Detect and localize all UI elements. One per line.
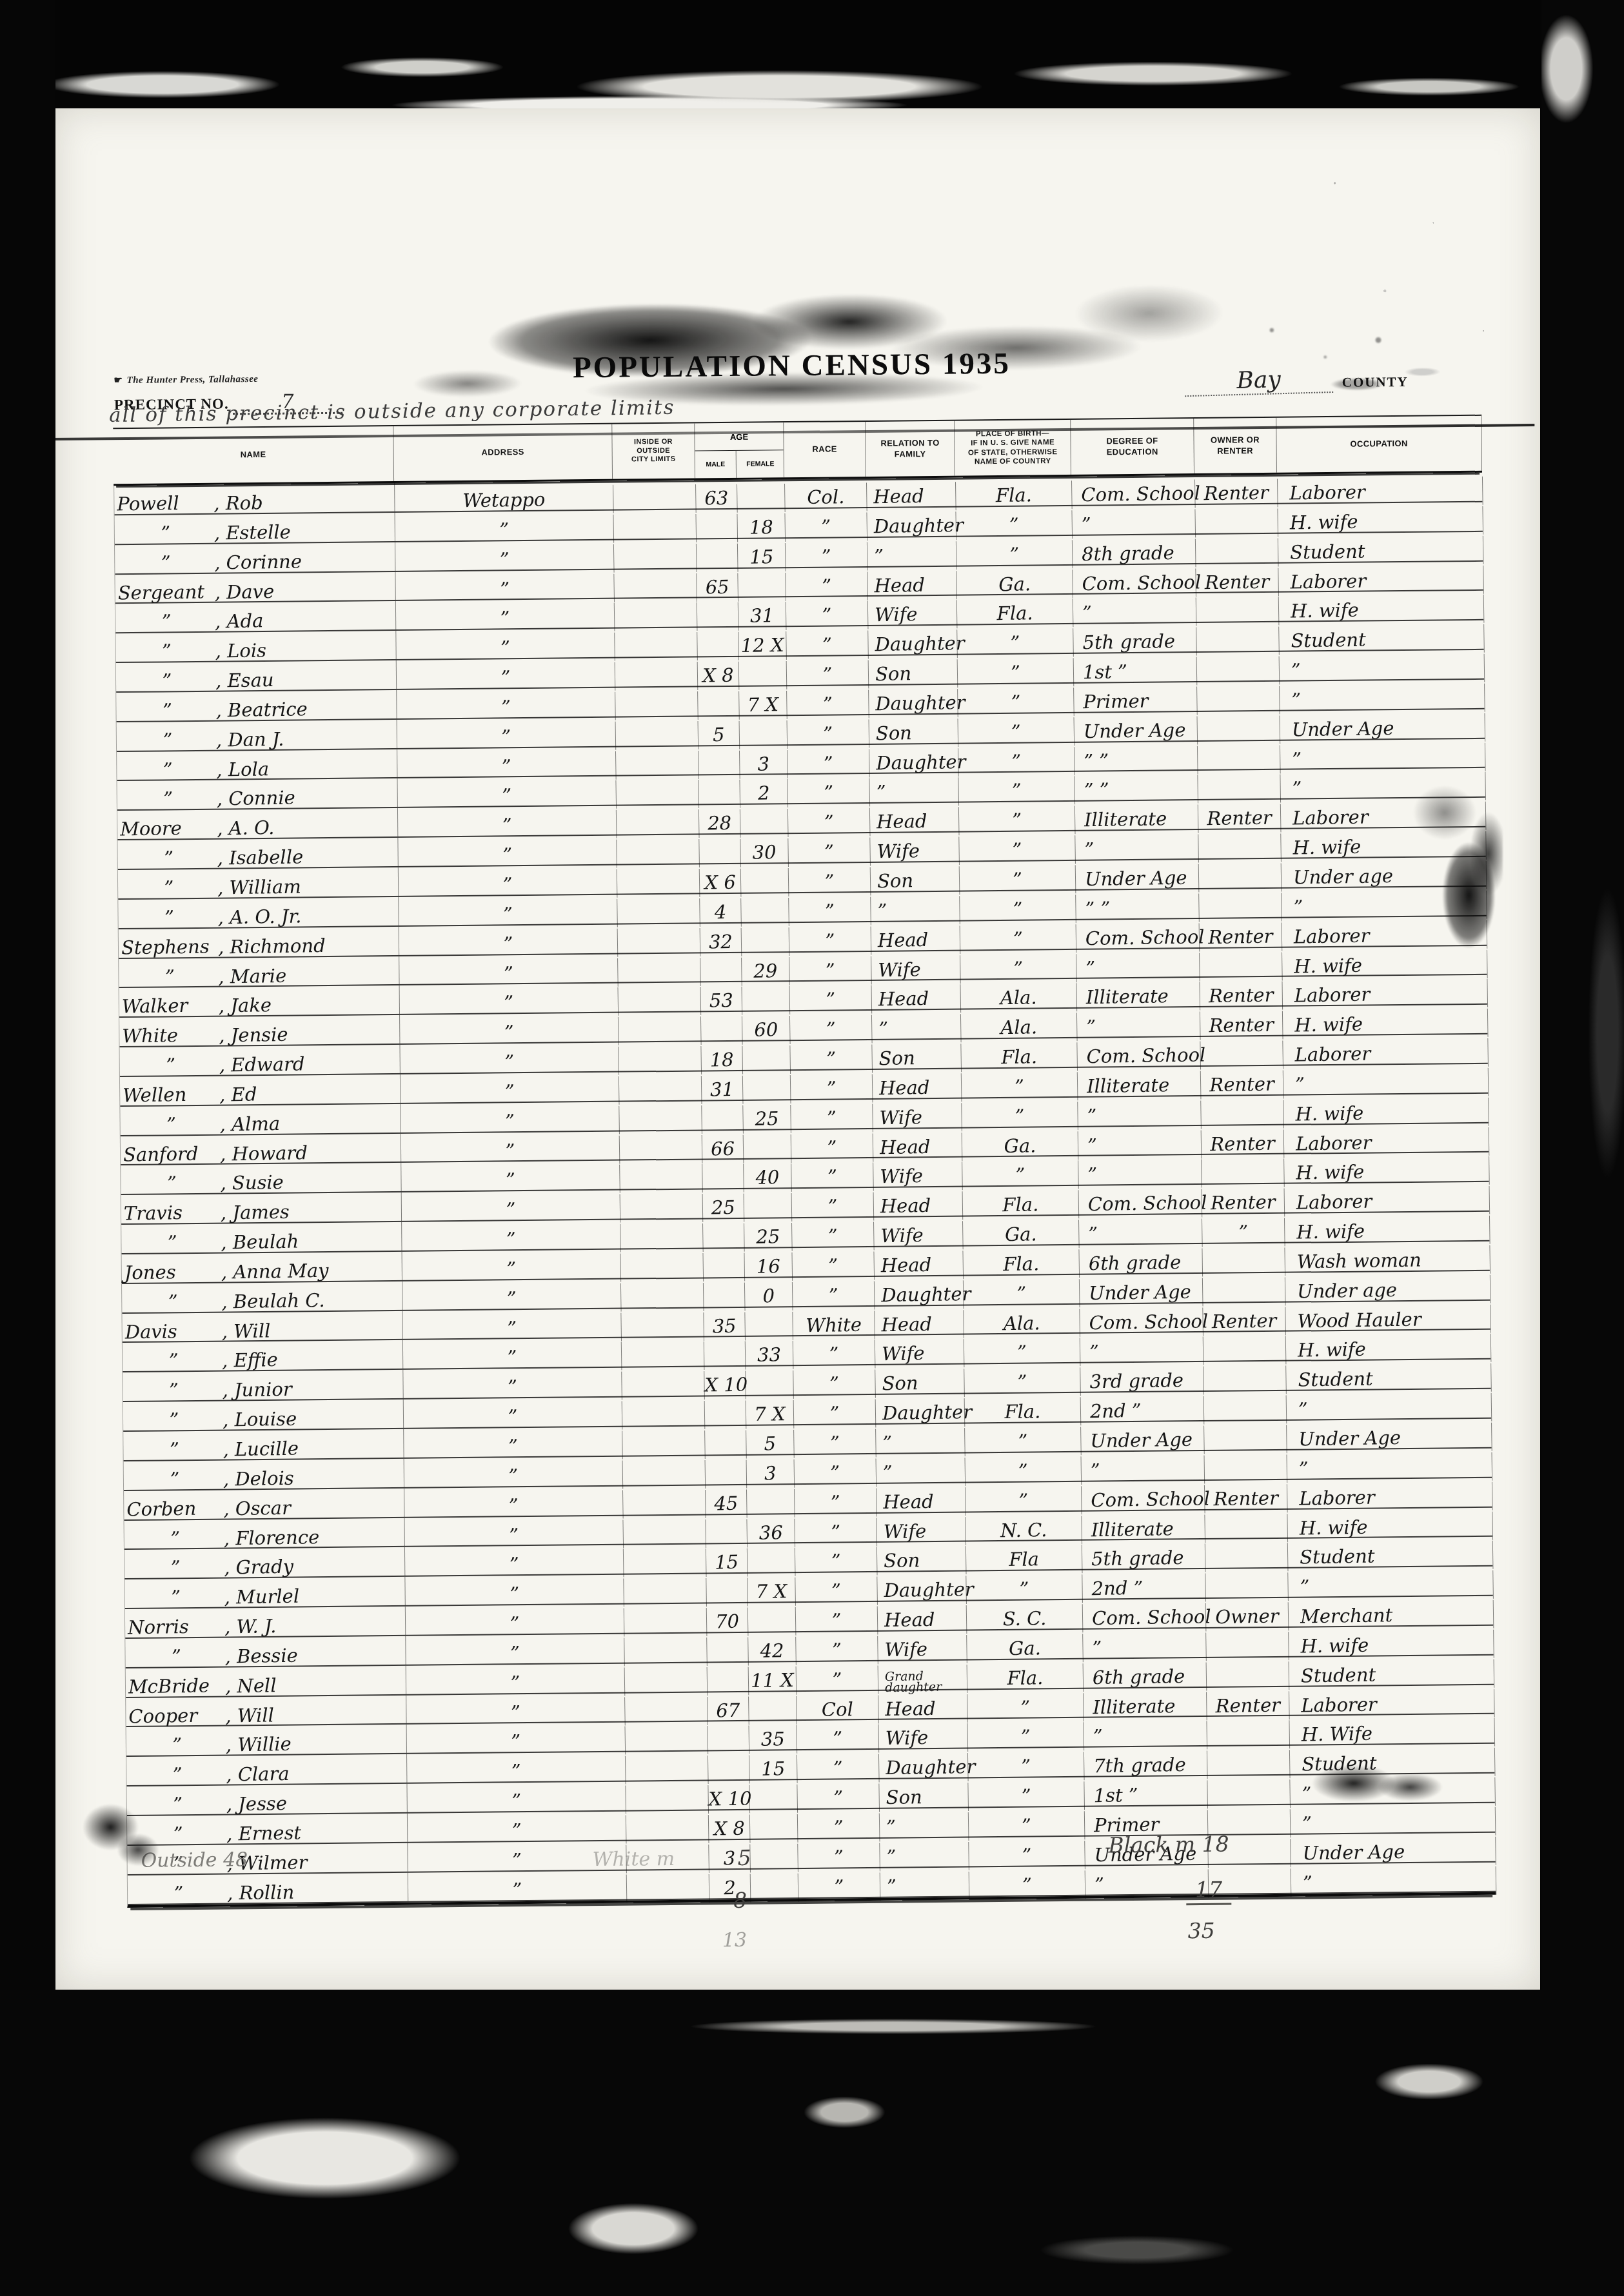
cell-name: ” , William xyxy=(118,867,399,898)
cell-birthplace: Ga. xyxy=(956,569,1073,600)
cell-name: ” , Effie xyxy=(123,1340,403,1371)
cell-name: ” , Connie xyxy=(117,778,398,809)
cell-education: Com. School xyxy=(1077,1041,1201,1071)
cell-education: ” xyxy=(1073,598,1197,628)
tally-white-total: 13 xyxy=(722,1929,748,1952)
cell-owner-renter xyxy=(1197,656,1280,686)
cell-owner-renter: Renter xyxy=(1196,568,1279,597)
cell-name: ” , Grady xyxy=(124,1547,405,1578)
cell-birthplace: Ga. xyxy=(963,1220,1080,1250)
cell-address: ” xyxy=(402,1194,621,1226)
cell-age-male: 70 xyxy=(707,1608,749,1637)
cell-name: ” , Edward xyxy=(119,1045,400,1076)
cell-address: ” xyxy=(399,869,618,901)
cell-name: Travis , James xyxy=(121,1193,402,1223)
cell-owner-renter xyxy=(1198,715,1281,745)
cell-address: ” xyxy=(399,928,619,960)
cell-birthplace: ” xyxy=(959,835,1076,866)
cell-age-male xyxy=(702,1164,744,1193)
cell-age-male xyxy=(703,1253,745,1282)
cell-city-limits xyxy=(620,1135,703,1165)
cell-education: ” xyxy=(1072,509,1196,539)
cell-city-limits xyxy=(625,1697,708,1727)
cell-birthplace: ” xyxy=(965,1427,1082,1457)
cell-age-female: 25 xyxy=(744,1223,793,1252)
cell-address: Wetappo xyxy=(395,485,614,517)
cell-relation: Wife xyxy=(871,955,961,985)
cell-owner-renter xyxy=(1207,1661,1290,1691)
cell-age-male: X 8 xyxy=(698,662,740,691)
cell-race: Col. xyxy=(785,483,867,513)
cell-city-limits xyxy=(615,602,698,632)
cell-address: ” xyxy=(400,987,619,1019)
cell-relation: Daughter xyxy=(867,511,956,541)
cell-age-female xyxy=(744,1193,793,1222)
cell-address: ” xyxy=(402,1283,622,1314)
cell-birthplace: ” xyxy=(958,658,1074,688)
cell-city-limits xyxy=(617,809,700,839)
cell-age-female: 40 xyxy=(744,1163,792,1193)
cell-education: 6th grade xyxy=(1084,1662,1207,1692)
cell-race: ” xyxy=(795,1458,877,1488)
cell-age-female xyxy=(738,572,786,601)
cell-owner-renter xyxy=(1206,1632,1289,1661)
cell-age-male xyxy=(704,1341,746,1371)
cell-address: ” xyxy=(397,751,617,782)
cell-owner-renter xyxy=(1199,863,1282,893)
cell-name: Cooper , Will xyxy=(126,1695,406,1726)
cell-education: ” xyxy=(1084,1721,1207,1752)
cell-address: ” xyxy=(397,721,617,753)
cell-birthplace: ” xyxy=(969,1870,1086,1901)
cell-address: ” xyxy=(401,1135,620,1167)
cell-age-female xyxy=(744,1134,792,1163)
cell-age-female xyxy=(748,1607,797,1636)
cell-education: Illiterate xyxy=(1075,805,1199,835)
cell-occupation: ” xyxy=(1291,1866,1497,1897)
cell-relation: Daughter xyxy=(877,1576,967,1605)
cell-relation: Daughter xyxy=(869,748,959,778)
cell-birthplace: ” xyxy=(958,717,1075,747)
cell-owner-renter: Renter xyxy=(1207,1691,1290,1721)
census-table: NAME ADDRESS INSIDE OR OUTSIDE CITY LIMI… xyxy=(113,415,1496,1908)
cell-owner-renter xyxy=(1197,686,1280,715)
cell-age-male: 5 xyxy=(698,720,740,749)
cell-occupation: H. wife xyxy=(1285,1216,1490,1247)
cell-age-female xyxy=(740,809,789,838)
cell-owner-renter xyxy=(1199,893,1282,922)
cell-address: ” xyxy=(398,840,617,871)
cell-occupation: H. wife xyxy=(1278,506,1483,538)
cell-address: ” xyxy=(399,958,619,989)
cell-age-male: 67 xyxy=(708,1696,749,1725)
cell-occupation: H. wife xyxy=(1287,1511,1493,1543)
cell-city-limits xyxy=(622,1371,705,1401)
cell-age-male: X 8 xyxy=(709,1815,751,1844)
cell-age-male: 31 xyxy=(702,1076,744,1105)
cell-education: Primer xyxy=(1074,686,1198,717)
cell-occupation: Laborer xyxy=(1282,979,1488,1011)
cell-name: Moore , A. O. xyxy=(117,808,398,839)
cell-race: ” xyxy=(789,926,872,956)
cell-age-male xyxy=(706,1519,748,1548)
cell-age-male: 65 xyxy=(697,573,738,602)
cell-address: ” xyxy=(403,1372,622,1403)
census-scan: ☛The Hunter Press, Tallahassee POPULATIO… xyxy=(0,0,1624,2296)
cell-race: ” xyxy=(791,1133,874,1163)
cell-age-female: 18 xyxy=(737,513,786,542)
cell-race: ” xyxy=(793,1370,876,1400)
col-header-occupation: OCCUPATION xyxy=(1276,416,1482,473)
cell-race: ” xyxy=(786,542,868,571)
cell-age-female: 3 xyxy=(747,1460,795,1489)
cell-owner-renter xyxy=(1198,745,1281,775)
cell-relation: Daughter xyxy=(876,1398,965,1428)
cell-race: ” xyxy=(787,660,869,690)
cell-name: ” , Corinne xyxy=(115,542,395,573)
cell-relation: Wife xyxy=(878,1724,968,1754)
cell-race: ” xyxy=(795,1547,878,1577)
cell-birthplace: Fla. xyxy=(963,1249,1080,1280)
cell-name: ” , Ada xyxy=(115,601,396,632)
cell-race: ” xyxy=(795,1488,877,1518)
cell-city-limits xyxy=(616,751,699,780)
cell-address: ” xyxy=(401,1105,620,1137)
cell-owner-renter: Renter xyxy=(1203,1307,1286,1336)
cell-owner-renter xyxy=(1207,1750,1291,1780)
cell-race: ” xyxy=(789,956,872,985)
cell-city-limits xyxy=(617,839,700,869)
cell-occupation: Under Age xyxy=(1291,1837,1496,1868)
cell-race: ” xyxy=(793,1281,875,1311)
cell-occupation: ” xyxy=(1280,684,1485,715)
cell-birthplace: ” xyxy=(960,865,1076,895)
census-sheet: ☛The Hunter Press, Tallahassee POPULATIO… xyxy=(55,108,1540,1990)
cell-age-female xyxy=(743,1075,791,1104)
cell-race: ” xyxy=(797,1665,879,1695)
cell-relation: ” xyxy=(872,1014,962,1044)
cell-address: ” xyxy=(401,1076,620,1108)
cell-education: Under Age xyxy=(1074,716,1198,746)
cell-name: ” , Dan J. xyxy=(117,720,397,751)
cell-name: Norris , W. J. xyxy=(125,1607,406,1638)
cell-occupation: Student xyxy=(1286,1363,1492,1395)
cell-education: Com. School xyxy=(1082,1485,1205,1515)
cell-age-male: 66 xyxy=(702,1134,744,1163)
cell-address: ” xyxy=(395,573,615,605)
cell-name: ” , Beulah xyxy=(121,1222,402,1253)
cell-birthplace: Ala. xyxy=(960,984,1077,1014)
cell-relation: Wife xyxy=(870,836,960,866)
cell-name: ” , Lola xyxy=(117,749,397,780)
cell-education: Com. School xyxy=(1076,923,1200,953)
cell-relation: Son xyxy=(871,866,960,896)
cell-age-male xyxy=(698,780,740,809)
cell-age-female: 11 X xyxy=(749,1667,797,1696)
cell-race: ” xyxy=(792,1193,875,1222)
cell-address: ” xyxy=(402,1224,621,1256)
cell-name: ” , Louise xyxy=(123,1400,404,1430)
cell-city-limits xyxy=(624,1638,708,1667)
cell-race: ” xyxy=(789,896,871,926)
cell-race: ” xyxy=(797,1784,880,1814)
cell-age-female xyxy=(742,927,790,956)
cell-birthplace: ” xyxy=(967,1693,1084,1723)
cell-address: ” xyxy=(400,1047,619,1078)
cell-occupation: Laborer xyxy=(1284,1127,1490,1158)
cell-address: ” xyxy=(406,1638,625,1669)
cell-relation: Son xyxy=(872,1044,962,1073)
cell-city-limits xyxy=(623,1460,706,1490)
cell-relation: Head xyxy=(876,1487,966,1517)
cell-birthplace: ” xyxy=(964,1368,1081,1398)
cell-city-limits xyxy=(624,1549,707,1578)
cell-occupation: ” xyxy=(1283,1068,1489,1100)
cell-occupation: Student xyxy=(1279,624,1485,656)
cell-education: 5th grade xyxy=(1073,628,1197,658)
cell-age-male xyxy=(698,691,740,720)
cell-age-male xyxy=(708,1667,749,1696)
cell-race: ” xyxy=(797,1725,880,1754)
cell-birthplace: Ala. xyxy=(964,1309,1080,1339)
cell-relation: ” xyxy=(880,1842,969,1872)
cell-occupation: Student xyxy=(1278,535,1484,567)
cell-city-limits xyxy=(615,691,698,721)
cell-address: ” xyxy=(406,1608,625,1640)
cell-owner-renter xyxy=(1196,538,1279,568)
cell-city-limits xyxy=(616,721,699,751)
cell-race: ” xyxy=(790,1015,873,1045)
cell-relation: Head xyxy=(871,984,961,1014)
cell-city-limits xyxy=(618,928,701,958)
cell-occupation: Laborer xyxy=(1289,1688,1495,1720)
cell-address: ” xyxy=(405,1549,624,1581)
cell-age-female: 42 xyxy=(748,1637,797,1666)
cell-education: ” xyxy=(1078,1100,1202,1131)
cell-city-limits xyxy=(617,869,700,898)
cell-education: Illiterate xyxy=(1076,982,1200,1013)
cell-education: 7th grade xyxy=(1084,1751,1208,1781)
cell-relation: ” xyxy=(880,1812,969,1842)
cell-relation: Head xyxy=(867,482,956,511)
cell-education: 1st ” xyxy=(1074,657,1198,688)
cell-age-female xyxy=(751,1873,799,1902)
cell-age-female: 29 xyxy=(742,956,790,985)
cell-relation: ” xyxy=(867,541,957,571)
cell-birthplace: Ga. xyxy=(967,1634,1084,1664)
cell-city-limits xyxy=(616,780,699,810)
cell-birthplace: ” xyxy=(959,806,1076,836)
cell-age-female: 5 xyxy=(746,1430,795,1459)
cell-birthplace: ” xyxy=(969,1811,1085,1841)
cell-age-male xyxy=(699,839,741,868)
cell-age-male xyxy=(707,1637,749,1666)
cell-occupation: Student xyxy=(1289,1659,1495,1690)
cell-birthplace: Fla. xyxy=(967,1663,1084,1694)
cell-owner-renter: Renter xyxy=(1200,982,1283,1011)
cell-age-female xyxy=(750,1844,798,1873)
cell-education: Illiterate xyxy=(1082,1514,1205,1545)
cell-race: ” xyxy=(788,838,871,867)
cell-relation: Wife xyxy=(868,600,958,630)
cell-age-male: 45 xyxy=(706,1489,748,1518)
cell-name: Powell , Rob xyxy=(114,483,395,514)
cell-city-limits xyxy=(627,1874,710,1904)
tally-black-2: 17 xyxy=(1186,1877,1231,1906)
cell-name: ” , Beulah C. xyxy=(122,1282,402,1312)
cell-birthplace: ” xyxy=(968,1752,1085,1783)
cell-city-limits xyxy=(619,1105,702,1135)
cell-education: ” ” xyxy=(1074,775,1198,806)
cell-owner-renter: Owner xyxy=(1206,1602,1289,1632)
cell-city-limits xyxy=(614,544,697,573)
cell-name: Walker , Jake xyxy=(119,985,400,1016)
cell-owner-renter xyxy=(1203,1336,1287,1366)
cell-address: ” xyxy=(407,1786,626,1817)
cell-education: Com. School xyxy=(1073,568,1196,599)
cell-name: ” , A. O. Jr. xyxy=(118,897,399,928)
tally-black-1: 18 xyxy=(1202,1832,1229,1857)
cell-race: ” xyxy=(787,689,869,719)
col-header-education: DEGREE OF EDUCATION xyxy=(1071,419,1194,475)
cell-city-limits xyxy=(626,1756,709,1785)
cell-owner-renter xyxy=(1200,952,1283,982)
cell-city-limits xyxy=(620,1194,704,1223)
cell-relation: ” xyxy=(876,1428,965,1458)
cell-age-female xyxy=(746,1371,794,1400)
cell-race: ” xyxy=(795,1518,877,1547)
cell-birthplace: ” xyxy=(956,540,1073,570)
cell-name: ” , Isabelle xyxy=(117,838,398,869)
tally-white-label: White m xyxy=(592,1848,675,1871)
cell-owner-renter: Renter xyxy=(1200,922,1283,952)
cell-education: ” xyxy=(1082,1455,1205,1485)
cell-birthplace: ” xyxy=(962,1102,1078,1132)
cell-race: ” xyxy=(786,631,869,660)
cell-city-limits xyxy=(623,1519,706,1549)
cell-birthplace: ” xyxy=(962,1072,1078,1102)
cell-education: Under Age xyxy=(1080,1278,1203,1308)
cell-age-male xyxy=(697,632,739,661)
cell-name: ” , Bessie xyxy=(125,1636,406,1667)
cell-address: ” xyxy=(404,1401,623,1433)
cell-birthplace: ” xyxy=(958,747,1075,777)
cell-education: Com. School xyxy=(1083,1603,1207,1633)
cell-relation: Head xyxy=(871,925,961,955)
cell-occupation: Laborer xyxy=(1278,477,1483,508)
cell-address: ” xyxy=(404,1519,624,1551)
cell-education: 2nd ” xyxy=(1082,1574,1206,1604)
cell-age-male xyxy=(702,1105,744,1134)
cell-address: ” xyxy=(396,603,615,635)
tally-black-total: 35 xyxy=(1188,1918,1215,1943)
cell-occupation: Under Age xyxy=(1287,1423,1492,1454)
cell-race: ” xyxy=(791,1103,873,1133)
cell-age-male: 32 xyxy=(700,927,742,956)
cell-age-male: 15 xyxy=(706,1549,748,1578)
cell-birthplace: Fla xyxy=(966,1545,1083,1576)
cell-birthplace: Ala. xyxy=(961,1013,1078,1043)
cell-name: ” , Beatrice xyxy=(116,690,397,721)
cell-address: ” xyxy=(395,544,615,575)
cell-occupation: ” xyxy=(1287,1393,1492,1425)
cell-age-male: 53 xyxy=(701,987,743,1016)
cell-occupation: Laborer xyxy=(1283,1038,1489,1070)
cell-city-limits xyxy=(626,1815,709,1845)
cell-age-male: 18 xyxy=(701,1046,743,1075)
cell-age-male xyxy=(705,1430,747,1460)
cell-name: ” , Clara xyxy=(126,1754,407,1785)
cell-education: 3rd grade xyxy=(1080,1367,1204,1397)
cell-birthplace: ” xyxy=(968,1781,1085,1812)
cell-birthplace: Fla. xyxy=(956,480,1073,511)
cell-name: White , Jensie xyxy=(119,1015,400,1046)
cell-birthplace: Fla. xyxy=(957,599,1074,629)
cell-name: ” , Rollin xyxy=(128,1873,408,1904)
cell-birthplace: ” xyxy=(965,1486,1082,1516)
cell-relation: Daughter xyxy=(879,1753,969,1783)
cell-address: ” xyxy=(408,1816,627,1847)
cell-race: ” xyxy=(796,1636,878,1665)
cell-age-male xyxy=(704,1282,746,1311)
cell-race: ” xyxy=(793,1340,876,1370)
cell-city-limits xyxy=(618,958,701,987)
cell-owner-renter: Renter xyxy=(1202,1129,1285,1159)
cell-city-limits xyxy=(624,1608,708,1638)
cell-occupation: H. wife xyxy=(1283,1009,1489,1040)
cell-name: ” , Willie xyxy=(126,1725,407,1756)
cell-owner-renter xyxy=(1204,1396,1287,1425)
cell-occupation: ” xyxy=(1288,1570,1494,1602)
cell-occupation: Laborer xyxy=(1278,565,1484,597)
cell-birthplace: ” xyxy=(960,895,1076,925)
cell-relation: Son xyxy=(875,1369,965,1398)
cell-occupation: H. wife xyxy=(1289,1630,1494,1661)
tally-black-label: Black m 18 xyxy=(1108,1832,1229,1858)
cell-address: ” xyxy=(401,1165,620,1196)
col-header-name: NAME xyxy=(113,426,394,484)
cell-name: Wellen , Ed xyxy=(120,1074,401,1105)
cell-address: ” xyxy=(404,1431,623,1463)
cell-birthplace: ” xyxy=(964,1279,1080,1309)
cell-education: 5th grade xyxy=(1082,1544,1206,1574)
cell-birthplace: ” xyxy=(964,1338,1081,1369)
cell-owner-renter xyxy=(1203,1366,1287,1396)
cell-address: ” xyxy=(397,662,616,694)
cell-relation: Head xyxy=(875,1310,964,1340)
cell-age-female: 31 xyxy=(738,602,787,631)
cell-age-male xyxy=(705,1401,747,1430)
cell-birthplace: ” xyxy=(966,1574,1083,1605)
cell-name: ” , Alma xyxy=(120,1104,401,1135)
cell-city-limits xyxy=(615,662,698,691)
cell-age-male xyxy=(696,514,738,543)
col-header-race: RACE xyxy=(784,422,866,477)
col-header-relation: RELATION TO FAMILY xyxy=(866,421,955,477)
cell-owner-renter xyxy=(1202,1159,1285,1189)
cell-age-female xyxy=(745,1311,793,1340)
film-edge-right xyxy=(1541,0,1624,2296)
cell-race: ” xyxy=(786,571,868,601)
cell-relation: Son xyxy=(869,718,959,748)
cell-age-male: 4 xyxy=(700,898,742,927)
cell-relation: Grand daughter xyxy=(878,1665,968,1694)
cell-age-male: X 10 xyxy=(704,1371,746,1400)
cell-birthplace: Fla. xyxy=(961,1042,1078,1073)
cell-address: ” xyxy=(404,1460,624,1492)
cell-address: ” xyxy=(395,515,614,546)
cell-age-male xyxy=(700,957,742,986)
